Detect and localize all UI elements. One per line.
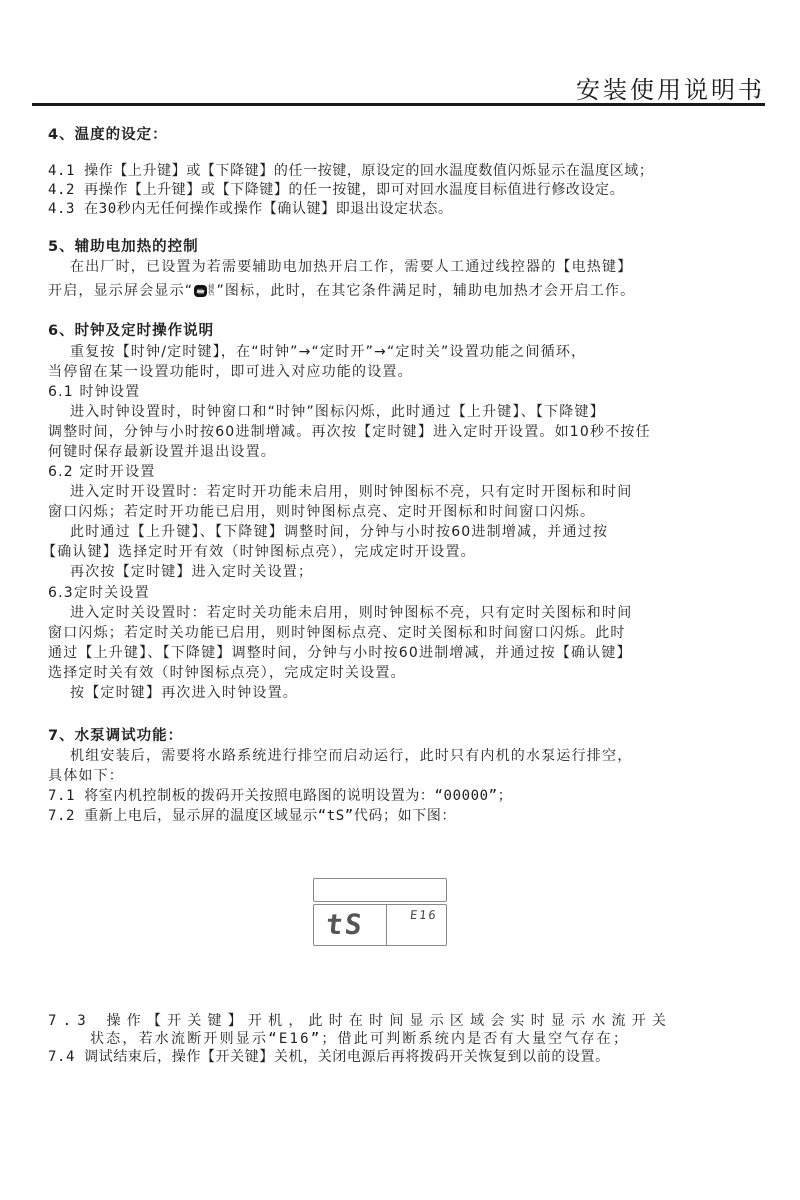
lcd-time-area: E16 xyxy=(387,905,446,945)
section-7-item-3-line-1: 7.3 操作【开关键】开机，此时在时间显示区域会实时显示水流开关 xyxy=(48,1012,672,1030)
heater-glyph-icon xyxy=(194,285,207,297)
aux-heat-icon: 辅热 xyxy=(194,285,215,297)
section-4-item-1: 4.1 操作【上升键】或【下降键】的任一按键，原设定的回水温度数值闪烁显示在温度… xyxy=(48,162,654,180)
section-5-line-2-after: ”图标，此时，在其它条件满足时，辅助电加热才会开启工作。 xyxy=(216,283,635,299)
section-6-3-line-3: 通过【上升键】、【下降键】调整时间，分钟与小时按60进制增减，并通过按【确认键】 xyxy=(48,644,632,662)
lcd-main-code: tS xyxy=(324,908,365,941)
section-6-2-line-4: 【确认键】选择定时开有效（时钟图标点亮），完成定时开设置。 xyxy=(42,543,476,561)
section-6-2-line-3: 此时通过【上升键】、【下降键】调整时间，分钟与小时按60进制增减，并通过按 xyxy=(70,523,608,541)
lcd-side-code: E16 xyxy=(410,908,439,922)
lcd-top-panel xyxy=(313,878,447,902)
section-4-item-2: 4.2 再操作【上升键】或【下降键】的任一按键，即可对回水温度目标值进行修改设定… xyxy=(48,181,624,199)
section-6-3-heading: 6.3定时关设置 xyxy=(48,584,150,602)
section-6-2-heading: 6.2 定时开设置 xyxy=(48,463,156,481)
section-5-heading: 5、辅助电加热的控制 xyxy=(48,238,199,256)
section-5-line-2-before: 开启，显示屏会显示“ xyxy=(48,283,193,299)
section-4-item-3: 4.3 在30秒内无任何操作或操作【确认键】即退出设定状态。 xyxy=(48,200,453,218)
section-7-item-2: 7.2 重新上电后，显示屏的温度区域显示“tS”代码；如下图： xyxy=(48,807,456,825)
lcd-display-figure: tS E16 xyxy=(313,878,447,946)
section-6-intro-1: 重复按【时钟/定时键】，在“时钟”→“定时开”→“定时关”设置功能之间循环， xyxy=(70,343,586,361)
section-6-3-line-2: 窗口闪烁；若定时关功能已启用，则时钟图标点亮、定时关图标和时间窗口闪烁。此时 xyxy=(48,624,626,642)
section-7-item-1: 7.1 将室内机控制板的拨码开关按照电路图的说明设置为：“00000”； xyxy=(48,787,512,805)
section-6-2-line-2: 窗口闪烁；若定时开功能已启用，则时钟图标点亮、定时开图标和时间窗口闪烁。 xyxy=(48,503,595,521)
section-6-1-line-1: 进入时钟设置时，时钟窗口和“时钟”图标闪烁，此时通过【上升键】、【下降键】 xyxy=(70,403,605,421)
section-7-intro-2: 具体如下： xyxy=(48,767,124,785)
section-6-3-line-4: 选择定时关有效（时钟图标点亮），完成定时关设置。 xyxy=(48,664,406,682)
section-6-2-line-5: 再次按【定时键】进入定时关设置； xyxy=(70,563,313,581)
section-7-item-4: 7.4 调试结束后，操作【开关键】关机，关闭电源后再将拨码开关恢复到以前的设置。 xyxy=(48,1048,610,1066)
section-5-line-1: 在出厂时，已设置为若需要辅助电加热开启工作，需要人工通过线控器的【电热键】 xyxy=(70,258,632,276)
lcd-bottom-panel: tS E16 xyxy=(313,904,447,946)
section-6-heading: 6、时钟及定时操作说明 xyxy=(48,322,214,340)
section-6-intro-2: 当停留在某一设置功能时，即可进入对应功能的设置。 xyxy=(48,363,413,381)
header-title: 安装使用说明书 xyxy=(576,70,765,105)
section-6-2-line-1: 进入定时开设置时：若定时开功能未启用，则时钟图标不亮，只有定时开图标和时间 xyxy=(70,483,632,501)
section-6-1-heading: 6.1 时钟设置 xyxy=(48,383,140,401)
section-7-heading: 7、水泵调试功能： xyxy=(48,727,183,745)
lcd-temperature-area: tS xyxy=(314,905,387,945)
section-4-heading: 4、温度的设定： xyxy=(48,126,168,144)
aux-heat-label-bottom: 热 xyxy=(208,291,215,297)
section-7-item-3-line-2: 状态，若水流断开则显示“E16”；借此可判断系统内是否有大量空气存在； xyxy=(90,1030,629,1048)
header-divider xyxy=(32,103,765,106)
section-6-3-line-1: 进入定时关设置时：若定时关功能未启用，则时钟图标不亮，只有定时关图标和时间 xyxy=(70,604,632,622)
section-6-1-line-2: 调整时间，分钟与小时按60进制增减。再次按【定时键】进入定时开设置。如10秒不按… xyxy=(48,423,651,441)
section-7-intro-1: 机组安装后，需要将水路系统进行排空而启动运行，此时只有内机的水泵运行排空， xyxy=(70,747,632,765)
section-6-3-line-5: 按【定时键】再次进入时钟设置。 xyxy=(70,684,298,702)
section-5-line-2: 开启，显示屏会显示“辅热”图标，此时，在其它条件满足时，辅助电加热才会开启工作。 xyxy=(48,282,635,300)
section-6-1-line-3: 何键时保存最新设置并退出设置。 xyxy=(48,443,276,461)
